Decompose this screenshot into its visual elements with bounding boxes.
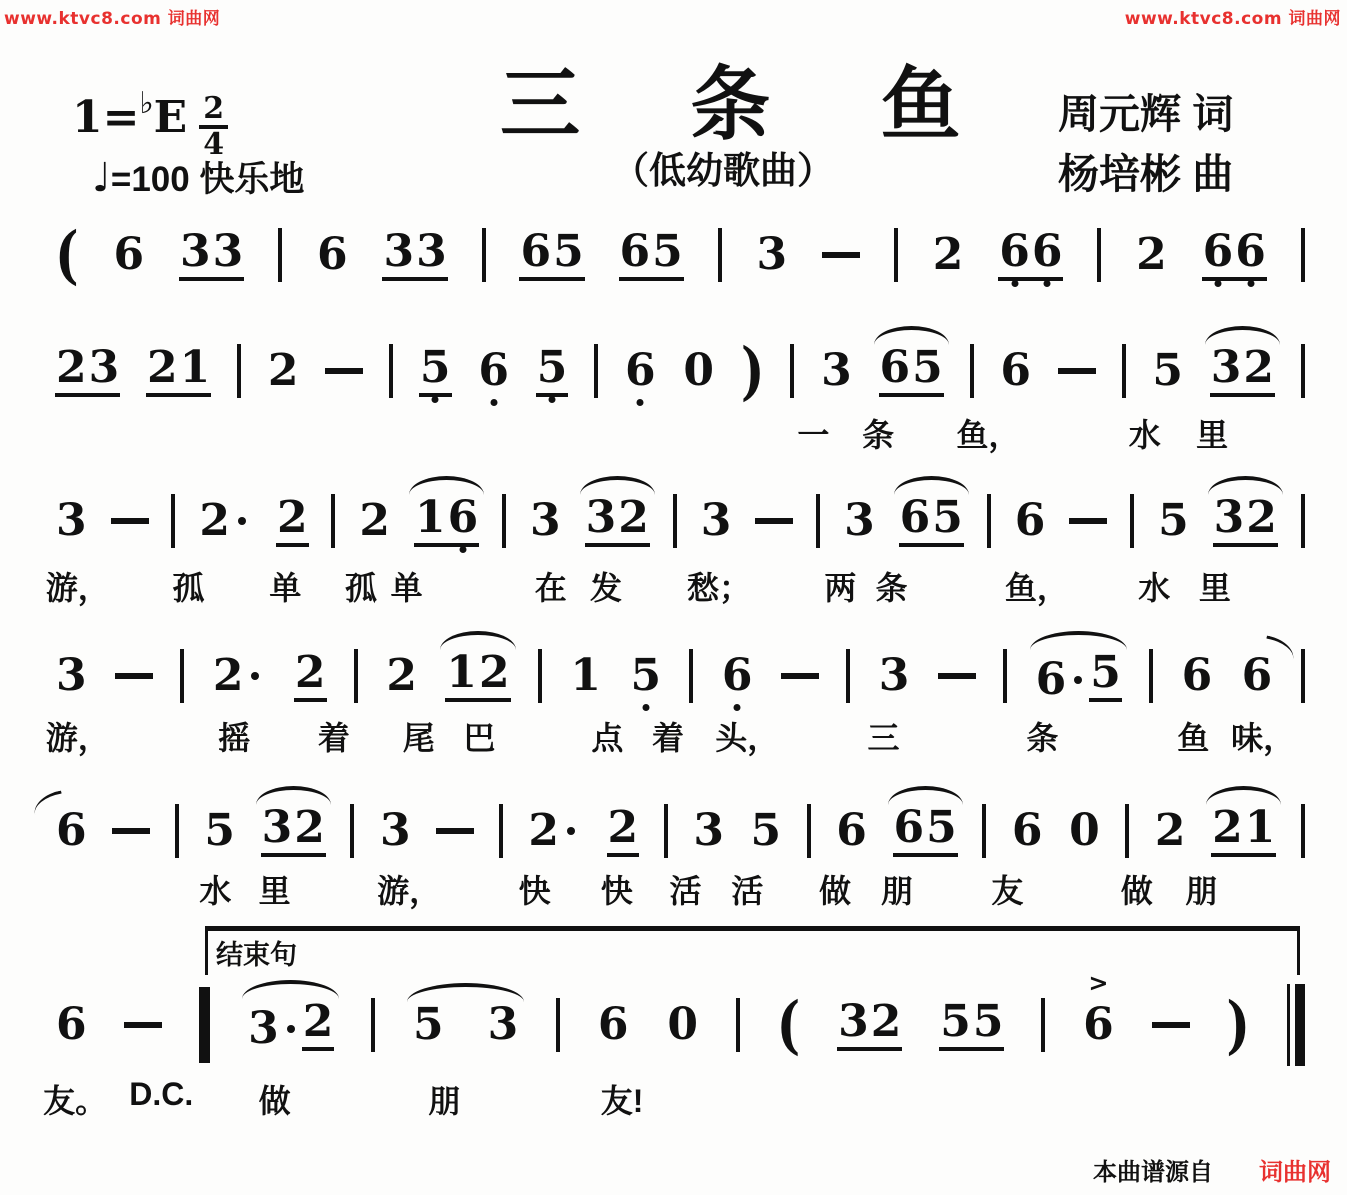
barline [816, 494, 820, 548]
slur-arc [888, 786, 963, 805]
note-digit: 5 [203, 809, 236, 853]
note-digit: 3 [379, 809, 412, 853]
lyric-syllable: 做 [1121, 866, 1153, 912]
low-octave-dot [549, 396, 556, 403]
note-digit: 6 [619, 230, 652, 274]
barline [389, 344, 393, 398]
note-group: 16 [414, 496, 479, 547]
note-digit: 3 [55, 654, 88, 698]
augmentation-dot [287, 1025, 295, 1033]
barline [331, 494, 335, 548]
barline [718, 228, 722, 282]
note-digit: 2 [527, 809, 560, 853]
note-group: 6 [1241, 654, 1274, 698]
barline [970, 344, 974, 398]
duration-dash [755, 494, 793, 548]
lyric-syllable: 巴 [463, 713, 495, 759]
barline [594, 344, 598, 398]
note-digit: 6 [113, 233, 146, 277]
note-digit: 1 [1244, 806, 1277, 850]
lyric-line-5: 友。D.C.做朋友! [0, 1076, 1347, 1120]
note-group: 32 [261, 806, 326, 857]
note-digit: 3 [212, 230, 245, 274]
duration-dash [822, 228, 860, 282]
parenthesis: ( [777, 994, 801, 1057]
barline [1301, 344, 1305, 398]
low-octave-dot [637, 399, 644, 406]
watermark-top-left: www.ktvc8.com 词曲网 [4, 4, 220, 29]
note-group: 2 [607, 806, 640, 857]
slur-arc [1205, 326, 1280, 345]
barline [499, 804, 503, 858]
lyric-syllable: 友! [601, 1076, 644, 1122]
note-group: 2 [527, 809, 582, 853]
note-group: 3 [820, 349, 853, 393]
note-group: 2 [267, 349, 300, 393]
note-digit: 2 [607, 806, 640, 850]
lyric-syllable: 点 [591, 713, 623, 759]
note-digit: 1 [179, 346, 212, 390]
augmentation-dot [251, 672, 259, 680]
note-digit: 5 [939, 1000, 972, 1044]
flat-sign-icon: ♭ [139, 86, 153, 121]
low-octave-dot [1011, 280, 1018, 287]
lyric-syllable: 快 [601, 866, 633, 912]
lyric-syllable: 两 [824, 563, 856, 609]
barline [171, 494, 175, 548]
note-digit: 3 [487, 1003, 520, 1047]
duration-dash [781, 649, 819, 703]
note-digit: 6 [477, 349, 510, 393]
duration-dash [111, 494, 149, 548]
note-group: 6> [1082, 1003, 1115, 1047]
note-group: 32 [247, 1000, 334, 1051]
note-digit: 6 [899, 496, 932, 540]
lyric-syllable: 发 [590, 563, 622, 609]
note-digit: 2 [1245, 496, 1278, 540]
note-group: 2 [212, 654, 267, 698]
lyric-line-3: 游，摇着尾巴点着头，三条鱼味， [0, 713, 1347, 757]
note-digit: 3 [843, 499, 876, 543]
note-digit: 2 [1154, 809, 1187, 853]
note-digit: 6 [1031, 230, 1064, 274]
barline [1301, 494, 1305, 548]
watermark-top-right: www.ktvc8.com 词曲网 [1125, 4, 1341, 29]
source-credit: 本曲谱源自 词曲网 [1093, 1152, 1331, 1187]
slur-arc [874, 326, 949, 345]
note-digit: 3 [1210, 346, 1243, 390]
note-digit: 2 [212, 654, 245, 698]
low-octave-dot [1214, 280, 1221, 287]
note-group: 32 [837, 1000, 902, 1051]
note-group: 1 [569, 654, 602, 698]
note-digit: 5 [651, 230, 684, 274]
duration-dash [115, 649, 153, 703]
barline [736, 998, 740, 1052]
barline [278, 228, 282, 282]
note-group: 3 [55, 654, 88, 698]
note-digit: 2 [617, 496, 650, 540]
note-digit: 6 [447, 496, 480, 540]
note-digit: 5 [931, 496, 964, 540]
lyric-syllable: 头， [715, 713, 779, 759]
duration-dash [124, 998, 162, 1052]
note-digit: 2 [294, 651, 327, 695]
note-digit: 5 [972, 1000, 1005, 1044]
barline [371, 998, 375, 1052]
lyric-syllable: 游， [46, 563, 110, 609]
note-group: 5 [419, 346, 452, 397]
key-letter: E [154, 92, 188, 143]
lyric-syllable: 摇 [218, 713, 250, 759]
note-digit: 3 [878, 654, 911, 698]
barline [180, 649, 184, 703]
sheet-music-page: www.ktvc8.com 词曲网 www.ktvc8.com 词曲网 三 条 … [0, 0, 1347, 1195]
note-group: 3 [55, 499, 88, 543]
tempo-text: =100 快乐地 [111, 160, 305, 199]
barline [1122, 344, 1126, 398]
note-group: 66 [998, 230, 1063, 281]
note-group: 2 [294, 651, 327, 702]
note-group: 3 [692, 809, 725, 853]
note-digit: 2 [1211, 806, 1244, 850]
note-group: 5 [1151, 349, 1184, 393]
lyric-syllable: 味， [1231, 713, 1295, 759]
lyric-syllable: 友。 [43, 1076, 107, 1122]
note-digit: 2 [478, 651, 511, 695]
note-digit: 6 [1202, 230, 1235, 274]
lyric-syllable: 水 [1129, 410, 1161, 456]
lyric-syllable: 水 [199, 866, 231, 912]
lyric-syllable: 单 [391, 563, 423, 609]
note-group: 2 [1135, 233, 1168, 277]
note-digit: 6 [1011, 809, 1044, 853]
note-digit: 6 [1014, 499, 1047, 543]
barline [1130, 494, 1134, 548]
source-site: 词曲网 [1259, 1152, 1331, 1187]
duration-dash [938, 649, 976, 703]
note-group: 6 [999, 349, 1032, 393]
barline [982, 804, 986, 858]
notation-line: 6325360(32556>) [55, 984, 1305, 1066]
lyric-syllable: 鱼， [1005, 563, 1069, 609]
notation-line: 2321256560)3656532 [55, 330, 1305, 412]
note-digit: 0 [682, 349, 715, 393]
slur-arc [1208, 476, 1283, 495]
lyric-line-2: 游，孤单孤单在发愁；两条鱼，水里 [0, 563, 1347, 607]
note-digit: 3 [820, 349, 853, 393]
note-digit: 6 [1082, 1003, 1115, 1047]
note-digit: 2 [870, 1000, 903, 1044]
note-digit: 3 [415, 230, 448, 274]
note-group: 6 [477, 349, 510, 393]
duration-dash [112, 804, 150, 858]
note-digit: 2 [358, 499, 391, 543]
barline [1301, 228, 1305, 282]
note-group: 3 [756, 233, 789, 277]
low-octave-dot [432, 396, 439, 403]
lyric-syllable: 鱼， [956, 410, 1020, 456]
lyric-syllable: 条 [862, 410, 894, 456]
composer-credit: 杨培彬 曲 [1058, 144, 1233, 204]
note-group: 65 [619, 230, 684, 281]
note-group: 32 [585, 496, 650, 547]
lyric-syllable: 水 [1138, 563, 1170, 609]
lyric-syllable: 着 [318, 713, 350, 759]
note-group: 6 [1181, 654, 1214, 698]
note-digit: 2 [267, 349, 300, 393]
lyricist-credit: 周元辉 词 [1058, 84, 1233, 144]
note-group: 2 [932, 233, 965, 277]
note-digit: 6 [1234, 230, 1267, 274]
barline [1125, 804, 1129, 858]
lyric-syllable: 里 [1196, 410, 1228, 456]
lyric-syllable: 愁； [687, 563, 751, 609]
note-digit: 6 [55, 1003, 88, 1047]
barline [556, 998, 560, 1052]
slur-arc [580, 476, 655, 495]
note-group: 23 [55, 346, 120, 397]
note-digit: 6 [721, 654, 754, 698]
note-group: 65 [519, 230, 584, 281]
lyric-syllable: 条 [876, 563, 908, 609]
note-group: 5 [1157, 499, 1190, 543]
note-group: 6 [113, 233, 146, 277]
lyric-syllable: 游， [377, 866, 441, 912]
note-digit: 3 [261, 806, 294, 850]
note-digit: 5 [629, 654, 662, 698]
note-digit: 2 [932, 233, 965, 277]
note-digit: 6 [999, 349, 1032, 393]
note-digit: 0 [1068, 809, 1101, 853]
note-digit: 5 [1151, 349, 1184, 393]
credits-block: 周元辉 词 杨培彬 曲 [1058, 84, 1233, 204]
note-digit: 5 [911, 346, 944, 390]
note-digit: 2 [1242, 346, 1275, 390]
lyric-syllable: D.C. [129, 1076, 193, 1113]
note-group: 6 [55, 809, 88, 853]
augmentation-dot [1074, 676, 1082, 684]
augmentation-dot [238, 517, 246, 525]
note-digit: 3 [529, 499, 562, 543]
note-group: 2 [385, 654, 418, 698]
quarter-note-icon: ♩ [92, 155, 111, 201]
note-digit: 5 [925, 806, 958, 850]
lyric-syllable: 在 [535, 563, 567, 609]
lyric-syllable: 尾 [403, 713, 435, 759]
song-title: 三 条 鱼 [500, 40, 960, 155]
time-signature: 2 4 [199, 94, 228, 160]
low-octave-dot [459, 546, 466, 553]
note-group: 65 [1035, 651, 1122, 702]
barline [1301, 804, 1305, 858]
duration-dash [436, 804, 474, 858]
note-group: 65 [879, 346, 944, 397]
note-group: 5 [629, 654, 662, 698]
note-group: 6 [721, 654, 754, 698]
note-group: 6 [1011, 809, 1044, 853]
note-group: 2 [198, 499, 253, 543]
lyric-syllable: 里 [1199, 563, 1231, 609]
slur-arc [1206, 786, 1281, 805]
note-group: 12 [445, 651, 510, 702]
note-digit: 5 [1157, 499, 1190, 543]
lyric-syllable: 孤 [172, 563, 204, 609]
barline [664, 804, 668, 858]
note-digit: 6 [893, 806, 926, 850]
note-group: 3 [379, 809, 412, 853]
ending-section-label: 结束句 [216, 933, 297, 972]
note-digit: 2 [302, 1000, 335, 1051]
note-group: 33 [179, 230, 244, 281]
note-group: 3 [700, 499, 733, 543]
note-group: 5 [203, 809, 236, 853]
note-group: 32 [1210, 346, 1275, 397]
note-digit: 6 [835, 809, 868, 853]
duration-dash [1058, 344, 1096, 398]
note-digit: 3 [837, 1000, 870, 1044]
parenthesis: ( [55, 224, 79, 287]
low-octave-dot [642, 704, 649, 711]
final-barline [1287, 984, 1305, 1066]
barline [175, 804, 179, 858]
song-subtitle: （低幼歌曲） [612, 140, 834, 194]
low-octave-dot [490, 399, 497, 406]
lyric-syllable: 活 [731, 866, 763, 912]
low-octave-dot [734, 704, 741, 711]
note-group: 2 [358, 499, 391, 543]
lyric-syllable: 友 [991, 866, 1023, 912]
barline [987, 494, 991, 548]
note-group: 6 [1014, 499, 1047, 543]
barline [673, 494, 677, 548]
barline [354, 649, 358, 703]
barline [1149, 649, 1153, 703]
notation-line: (63363365653266266 [55, 214, 1305, 296]
note-digit: 1 [445, 651, 478, 695]
barline [350, 804, 354, 858]
note-group: 6 [624, 349, 657, 393]
note-digit: 2 [276, 496, 309, 540]
lyric-syllable: 孤 [345, 563, 377, 609]
barline [1301, 649, 1305, 703]
note-group: 2 [1154, 809, 1187, 853]
note-digit: 2 [293, 806, 326, 850]
note-group: 6 [316, 233, 349, 277]
note-group: 3 [843, 499, 876, 543]
note-group: 5 [750, 809, 783, 853]
source-prefix: 本曲谱源自 [1093, 1152, 1213, 1187]
low-octave-dot [1044, 280, 1051, 287]
note-group: 0 [1068, 809, 1101, 853]
note-digit: 3 [55, 499, 88, 543]
augmentation-dot [567, 827, 575, 835]
lyric-syllable: 做 [819, 866, 851, 912]
barline [1041, 998, 1045, 1052]
note-digit: 6 [1241, 654, 1274, 698]
note-digit: 1 [414, 496, 447, 540]
lyric-syllable: 里 [259, 866, 291, 912]
note-group: 65 [899, 496, 964, 547]
lyric-syllable: 一 [797, 410, 829, 456]
note-group: 3 [878, 654, 911, 698]
slur-arc [1030, 631, 1127, 650]
barline [790, 344, 794, 398]
note-digit: 6 [998, 230, 1031, 274]
lyric-syllable: 快 [519, 866, 551, 912]
note-digit: 5 [750, 809, 783, 853]
note-group: 66 [1202, 230, 1267, 281]
note-group: 21 [1211, 806, 1276, 857]
note-group: 32 [1213, 496, 1278, 547]
note-digit: 5 [419, 346, 452, 390]
barline [846, 649, 850, 703]
note-group: 33 [382, 230, 447, 281]
note-digit: 2 [198, 499, 231, 543]
lyric-syllable: 条 [1026, 713, 1058, 759]
slur-arc [894, 476, 969, 495]
note-digit: 3 [382, 230, 415, 274]
barline [237, 344, 241, 398]
note-digit: 2 [1135, 233, 1168, 277]
note-digit: 5 [1089, 651, 1122, 702]
note-digit: 5 [412, 1003, 445, 1047]
note-digit: 0 [666, 1003, 699, 1047]
low-octave-dot [1247, 280, 1254, 287]
lyric-syllable: 朋 [428, 1076, 460, 1122]
note-group: 55 [939, 1000, 1004, 1051]
slur-arc [407, 983, 524, 1002]
note-digit: 3 [756, 233, 789, 277]
note-digit: 1 [569, 654, 602, 698]
note-digit: 2 [385, 654, 418, 698]
barline [689, 649, 693, 703]
lyric-syllable: 朋 [881, 866, 913, 912]
lyric-syllable: 鱼 [1177, 713, 1209, 759]
key-signature: 1=♭E 2 4 [72, 92, 228, 158]
barline [807, 804, 811, 858]
note-digit: 6 [1035, 658, 1068, 702]
slur-arc [440, 631, 515, 650]
note-digit: 6 [519, 230, 552, 274]
note-group: 6 [597, 1003, 630, 1047]
meter-numerator: 2 [199, 94, 228, 129]
note-group: 5 [536, 346, 569, 397]
note-digit: 3 [1213, 496, 1246, 540]
barline [1003, 649, 1007, 703]
notation-line: 65323223566560221 [55, 790, 1305, 872]
slur-arc [242, 980, 339, 999]
note-digit: 5 [552, 230, 585, 274]
parenthesis: ) [741, 340, 765, 403]
duration-dash [1069, 494, 1107, 548]
note-digit: 3 [88, 346, 121, 390]
parenthesis: ) [1226, 994, 1250, 1057]
note-group: 0 [682, 349, 715, 393]
lyric-syllable: 活 [669, 866, 701, 912]
note-group: 2 [276, 496, 309, 547]
note-group: 53 [412, 1003, 519, 1047]
note-digit: 6 [597, 1003, 630, 1047]
barline [502, 494, 506, 548]
note-digit: 6 [624, 349, 657, 393]
note-digit: 3 [585, 496, 618, 540]
lyric-syllable: 做 [259, 1076, 291, 1122]
lyric-syllable: 单 [269, 563, 301, 609]
note-digit: 2 [146, 346, 179, 390]
notation-line: 32221633233656532 [55, 480, 1305, 562]
lyric-syllable: 朋 [1185, 866, 1217, 912]
